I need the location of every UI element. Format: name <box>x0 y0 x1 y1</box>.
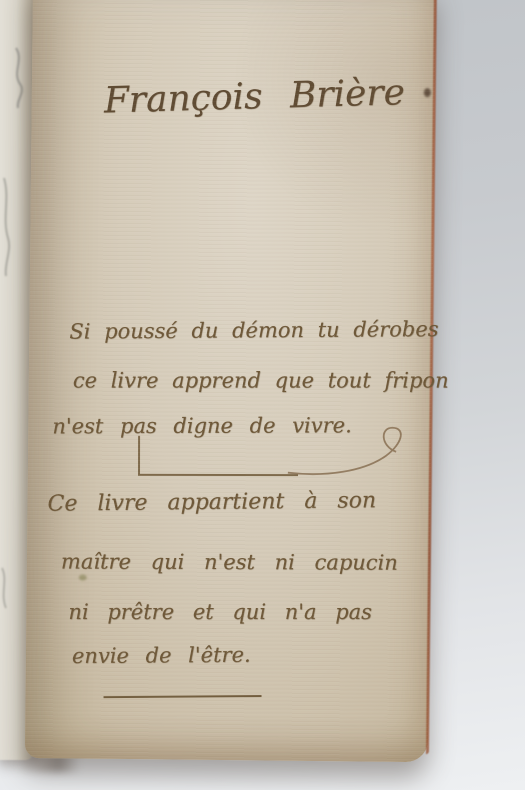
ink-underline-bracket <box>138 436 298 476</box>
ownership-note-line-1: Ce livre appartient à son <box>47 488 376 516</box>
owner-name: François Brière <box>103 72 405 121</box>
ink-stain <box>424 88 431 97</box>
manuscript-page: François Brière Si poussé du démon tu dé… <box>25 0 436 762</box>
ownership-note-line-4: envie de l'être. <box>72 643 251 668</box>
ownership-note-line-3: ni prêtre et qui n'a pas <box>68 600 372 624</box>
book-curse-line-1: Si poussé du démon tu dérobes <box>69 317 438 344</box>
ink-flourish <box>286 421 419 484</box>
book-curse-line-2: ce livre apprend que tout fripon <box>73 368 449 392</box>
foxing-spot <box>79 575 87 581</box>
ink-closing-rule <box>104 695 262 698</box>
photograph-of-manuscript: François Brière Si poussé du démon tu dé… <box>0 0 525 790</box>
ownership-note-line-2: maître qui n'est ni capucin <box>61 550 398 575</box>
